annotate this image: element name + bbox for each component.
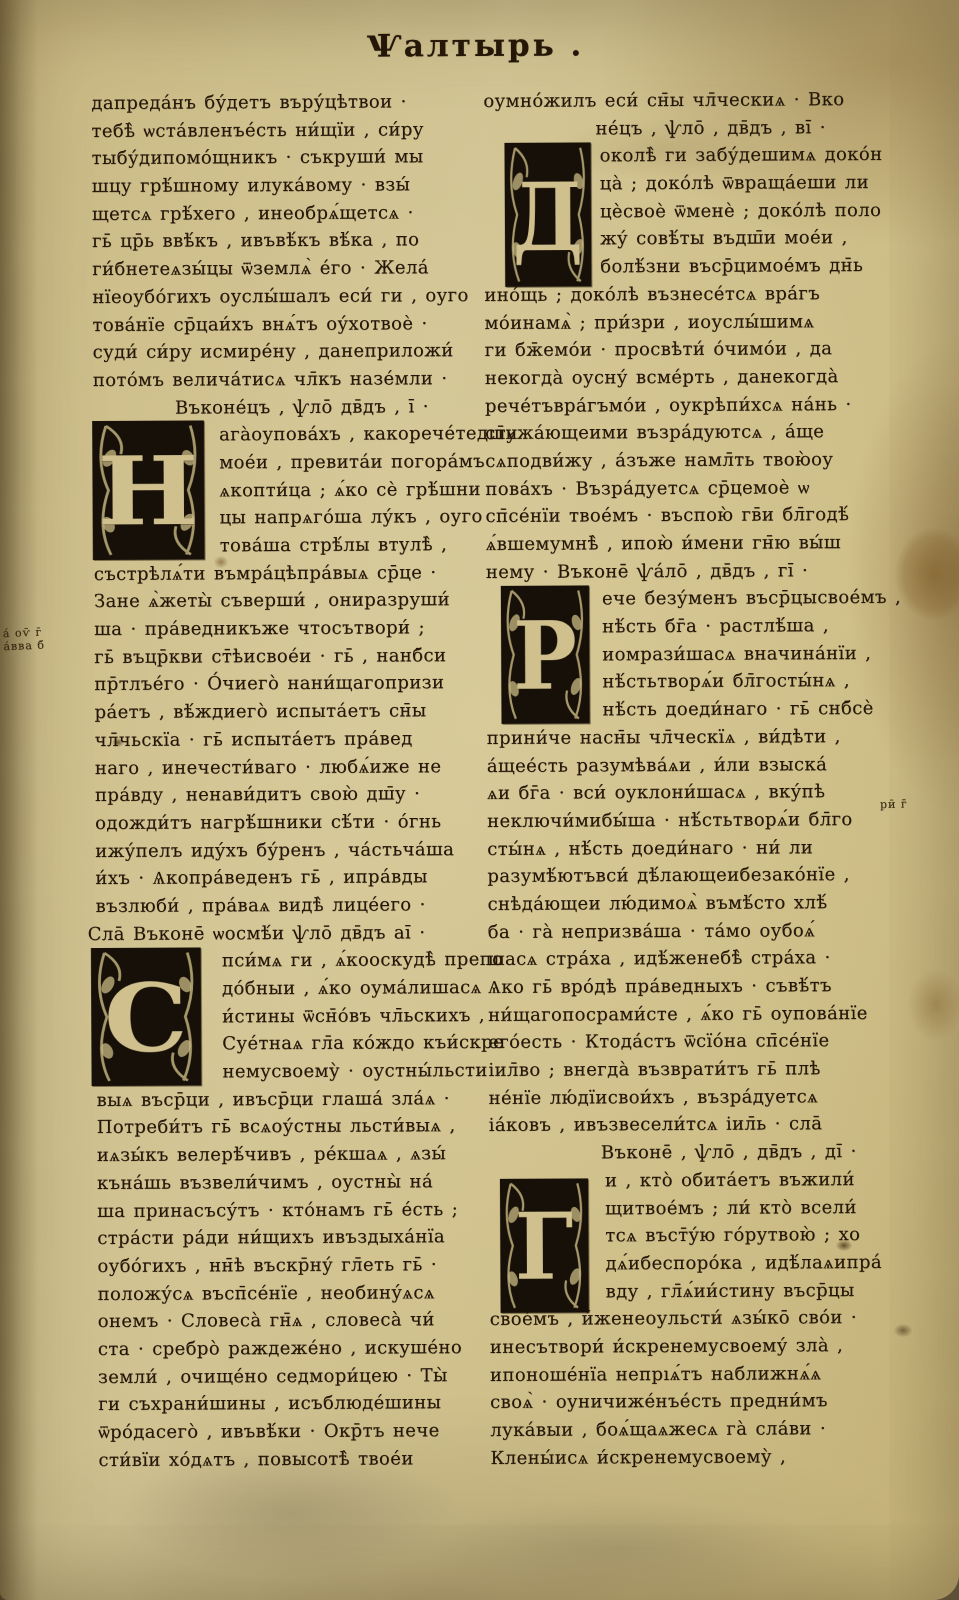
text-line: пото́мъ велича́тисѧ чл̄къ назе́мли · — [93, 365, 465, 395]
text-line: това́ша стрѣ́лы втулѣ̀ , — [220, 531, 466, 560]
text-line: дѧ́ибеспоро́ка , идѣ́лаѧипра́ — [605, 1249, 889, 1278]
text-line: немусвоему̀ · оустны́льсти — [222, 1057, 468, 1086]
text-line: рече́тъвра́гъмо́и , оукрѣпи́хсѧ на́нь · — [485, 390, 885, 420]
ornate-initial-g: Г — [499, 1177, 590, 1313]
text-line: прини́че насн̄ы чл̄ческїѧ , ви́дѣти , — [487, 723, 887, 753]
text-line: ца̀ ; доко́лѣ ѿвраща́еши ли — [600, 169, 884, 198]
text-line: стра́сти ра́ди ни́щихъ ивъздыха́нїа — [97, 1223, 469, 1253]
column-right: Д Р — [483, 86, 890, 1472]
text-line: нему · Въконē ѱа́лō , дв̄дъ , гі̄ · — [486, 557, 886, 587]
text-line: гь̄ въцр̄кви ст̄ѣисвое́и · гь̄ , нанб̄си — [94, 642, 466, 672]
text-line: щетсѧ грѣ́хего , инеобрѧ́щетсѧ · — [92, 199, 464, 229]
text-line: а́щее́сть разумѣва́ѧи , и́ли взыска́ — [487, 750, 887, 780]
text-line: нѣ́сть бг̄а · растлѣ́ша , — [602, 612, 886, 641]
text-line: къна́шь възвели́чимъ , оустны̀ на́ — [97, 1168, 469, 1198]
text-line: положу́сѧ въсп̄се́нїе , необину́ѧсѧ — [98, 1279, 470, 1309]
text-line: ни́щагопосрами́сте , ѧ́ко гь̄ оупова́нїе — [488, 1000, 888, 1030]
text-line: Потреби́тъ гь̄ всѧоу́стны льсти́выѧ , — [97, 1112, 469, 1142]
text-line: вду , гл̄ѧ́ии́стину въср̄цы — [606, 1276, 890, 1305]
text-line: оубо́гихъ , нн̄ѣ въскр̄ну́ гл̄еть гь̄ · — [97, 1251, 469, 1281]
text-line: сты́нѧ , нѣ́сть доеди́наго · ни́ ли — [487, 833, 887, 863]
text-line: ги съхрани́шины , исъблюде́шины — [98, 1389, 470, 1419]
text-line: ѧкопти́ца ; ѧ́ко сѐ грѣ́шни — [219, 476, 465, 505]
text-line: нѣ́сть доеди́наго · гь̄ снб̄сѐ — [602, 695, 886, 724]
text-line: ага̀оупова́хъ , какорече́тедш̄и — [219, 420, 465, 449]
text-line: ги бж̄емо́и · просвѣти́ о́чимо́и , да — [485, 335, 885, 365]
text-line: пова́хъ · Възра́дуетсѧ ср̄цемоѐ ѡ — [485, 473, 885, 503]
initial-letter: С — [104, 962, 189, 1074]
text-line: его́есть · Ктода́стъ ѿсїо́на сп̄се́нїе — [488, 1027, 888, 1057]
text-line: иомрази́шасѧ вначина́нїи , — [602, 640, 886, 669]
text-line: ба · га̀ непризва́ша · та́мо оубоѧ́ — [488, 916, 888, 946]
text-line: онемъ · Словеса̀ гн̄ѧ , словеса̀ чи́ — [98, 1306, 470, 1336]
text-line: неключи́мибы́ша · нѣ́стьтворѧ́и бл̄го — [487, 806, 887, 836]
text-line: Клены́исѧ и́скренемусвоему̀ , — [490, 1443, 890, 1473]
text-line: чл̄чьскїа · гь̄ испыта́етъ пра́вед — [95, 725, 467, 755]
text-line: пси́мѧ ги , ѧ́кооскудѣ̀ препо — [222, 946, 468, 975]
text-line: ѧ́вшемумнѣ̀ , ипою̀ и́мени гн̄ю вы́ш — [486, 529, 886, 559]
text-line: цы напрѧго́ша лу́къ , оуго — [219, 503, 465, 532]
text-line: щитвое́мъ ; ли́ кто̀ всели́ — [605, 1193, 889, 1222]
text-line: жу́ совѣ́ты въдш̄и мое́и , — [600, 224, 884, 253]
ornate-initial-s: С — [90, 946, 203, 1087]
text-line: пр̄тлъе́го · О́чиего̀ нани́щагопризи — [94, 670, 466, 700]
text-line: ипоноше́нїа непрıѧ́тъ наближнѧ́ѧ — [490, 1359, 890, 1389]
text-line: ече безу́менъ въср̄цысвое́мъ , — [602, 584, 886, 613]
text-line: мо́инамѧ̀ ; при́зри , иоуслы́шимѧ — [484, 307, 884, 337]
text-line: Въконē , ѱлō , дв̄дъ , ді̄ · — [601, 1138, 889, 1167]
text-line: шцу грѣ́шному илука́вому · взы́ — [92, 171, 464, 201]
text-line: цѐсвоѐ ѿменѐ ; доко́лѣ поло — [600, 197, 884, 226]
text-line: възлюби́ , пра́ваѧ видѣ̀ лице́его · — [95, 891, 467, 921]
text-line: выѧ въср̄ци , ивъср̄ци глаша́ зла́ѧ · — [96, 1085, 468, 1115]
ornate-initial-d: Д — [504, 141, 593, 287]
text-line: некогда̀ оусну́ всме́рть , данекогда̀ — [485, 363, 885, 393]
text-line: лука́выи , боѧ́щаѧжесѧ га̀ сла́ви · — [490, 1415, 890, 1445]
text-line: ѧи бг̄а · вси́ оуклони́шасѧ , вку́пѣ — [487, 778, 887, 808]
text-line: и́стины ѿсн̄о́въ чл̄ьскихъ , — [222, 1002, 468, 1031]
text-line: гь̄ цр̄ь ввѣ́къ , ивъвѣ́къ вѣ́ка , по — [92, 227, 464, 257]
text-line: ижу́пелъ иду́хъ бу́ренъ , ча́стьча́ша — [95, 836, 467, 866]
text-line: разумѣ́ютъвси́ дѣ́лающеибезако́нїе , — [487, 861, 887, 891]
text-line: Зане ѧ̀жеты̀ съверши́ , ониразруши́ — [94, 586, 466, 616]
page-title: Ѱалтырь . — [0, 25, 955, 66]
text-line: земли́ , очище́но седмори́цею · Ты̀ — [98, 1362, 470, 1392]
initial-letter: Г — [515, 1192, 574, 1300]
psalter-page: Ѱалтырь . а́ оѵ̄ г̄ а́вва б̄ рӣ г̄ — [0, 0, 959, 1600]
text-line: одожди́тъ нагрѣ́шники сѣ́ти · о́гнь — [95, 808, 467, 838]
text-line: суди́ си́ру исмире́ну , данеприложи́ — [93, 337, 465, 367]
text-line: сп̄се́нїи твое́мъ · въспою̀ гв̄и бл̄годѣ… — [485, 501, 885, 531]
text-line: не́нїе лю́дїисвои́хъ , възра́дуетсѧ — [488, 1083, 888, 1113]
text-line: шасѧ стра́ха , идѣ́женебѣ̀ стра́ха · — [488, 944, 888, 974]
text-line: тыбу́дипомо́щникъ · съкруши́ мы — [92, 143, 464, 173]
text-line: оумно́жилъ еси́ сн̄ы чл̄ческиѧ · Вко — [483, 86, 883, 116]
text-line: ша принасъсу́тъ · кто́намъ гь̄ е́сть ; — [97, 1196, 469, 1226]
text-line: и́хъ · Ѧкопра́веденъ гь̄ , ипра́вды — [95, 863, 467, 893]
margin-note-line: а́вва б̄ — [3, 639, 45, 654]
text-line: Ѧко гь̄ вро́дѣ пра́ведныхъ · съвѣ́тъ — [488, 972, 888, 1002]
text-line: стужа́ющеими възра́дуютсѧ , а́ще — [485, 418, 885, 448]
text-line: нѣ́стьтворѧ́и бл̄госты́нѧ , — [602, 667, 886, 696]
text-line: ги́бнетеѧзы́цы ѿземлѧ̀ е́го · Жела́ — [92, 254, 464, 284]
text-line: иѧзы́къ велерѣ́чивъ , ре́кшаѧ , ѧзы́ — [97, 1140, 469, 1170]
text-line: до́бныи , ѧ́ко оума́лишасѧ — [222, 974, 468, 1003]
text-line: тсѧ въст̄у́ю го́рутвою̀ ; хо — [605, 1221, 889, 1250]
initial-letter: Н — [97, 435, 199, 547]
text-line: Сла̄ Въконē ѡосмѣ́и ѱлō дв̄дъ аі̄ · — [88, 919, 468, 949]
text-line: снѣда́ющеи лю́димоѧ̀ въмѣ́сто хлѣ́ — [487, 889, 887, 919]
text-line: това́нїе ср̄цаи́хъ внѧ́тъ оу́хотвоѐ · — [92, 310, 464, 340]
text-line: ѿро́дасего̀ , ивъвѣ́ки · Окр̄тъ нече — [98, 1417, 470, 1447]
text-line: не́цъ , ѱлō , дв̄дъ , ві̄ · — [595, 114, 883, 143]
ornate-initial-n: Н — [91, 419, 206, 561]
text-line: своѧ̀ · оуничиже́нъе́сть предни́мъ — [490, 1387, 890, 1417]
text-line: състрѣлѧ́ти въмра́цѣпра́выѧ ср̄це · — [94, 559, 466, 589]
printed-area: Ѱалтырь . а́ оѵ̄ г̄ а́вва б̄ рӣ г̄ — [0, 0, 959, 1600]
column-left: Н С — [91, 88, 470, 1474]
text-line: болѣ́зни въср̄цимое́мъ дн̄ь — [600, 252, 884, 281]
text-line: Въконе́цъ , ѱлō дв̄дъ , і̄ · — [175, 393, 465, 422]
text-line: ша · пра́ведникъже чтосътвори́ ; — [94, 614, 466, 644]
text-line: нїеоубо́гихъ оуслы́шалъ еси́ ги , оуго — [92, 282, 464, 312]
text-line: ста · сребро̀ раждеже́но , искуше́но — [98, 1334, 470, 1364]
text-line: инесътвори́ и́скренемусвоему́ зла̀ , — [490, 1332, 890, 1362]
text-line: мое́и , превита́и погора́мъ — [219, 448, 465, 477]
text-line: наго , инечести́ваго · любѧ́иже не — [95, 753, 467, 783]
text-line: околѣ̀ ги забу́дешимѧ доко́н — [600, 141, 884, 170]
text-line: пра́вду , ненави́дитъ свою̀ дш̄у · — [95, 780, 467, 810]
text-line: Суе́тнаѧ гл̄а ко́ждо къи́скре — [222, 1029, 468, 1058]
text-line: ра́етъ , вѣ́ждиего̀ испыта́етъ сн̄ы — [94, 697, 466, 727]
initial-letter: Р — [513, 601, 578, 712]
text-line: іил̄во ; внегда̀ възврати́тъ гь̄ плѣ — [488, 1055, 888, 1085]
ornate-initial-r: Р — [500, 584, 591, 724]
text-line: дапреда́нъ бу́детъ въру́цѣтвои · — [91, 88, 463, 118]
initial-letter: Д — [512, 162, 583, 273]
text-line: сти́вїи хо́дѧтъ , повысотѣ̀ твое́и — [98, 1445, 470, 1475]
text-line: и , кто̀ обита́етъ въжили́ — [605, 1166, 889, 1195]
text-line: тебѣ̀ ѡста́вленъе́сть ни́щїи , си́ру — [91, 116, 463, 146]
text-line: іа́ковъ , ивъзвесели́тсѧ іил̄ь · сла̄ — [489, 1110, 889, 1140]
margin-note-left: а́ оѵ̄ г̄ а́вва б̄ — [3, 626, 46, 654]
text-line: сѧподви́жу , а́зъже намл̄ть твою̀оу — [485, 446, 885, 476]
